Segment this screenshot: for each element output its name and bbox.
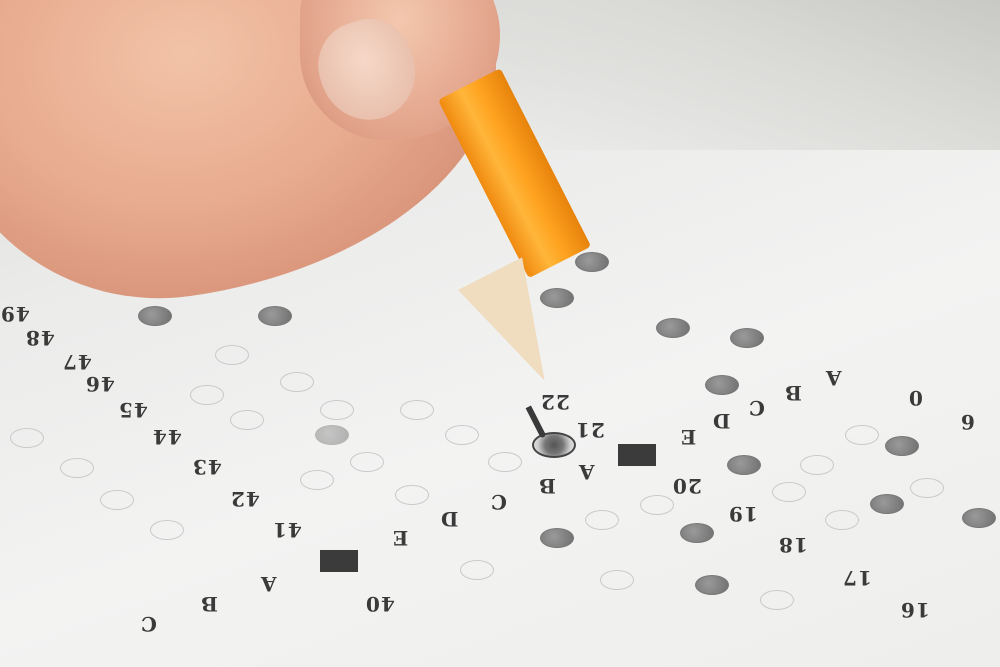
question-number: 42	[230, 487, 260, 511]
answer-bubble-filled[interactable]	[705, 375, 739, 395]
answer-bubble-filled[interactable]	[870, 494, 904, 514]
question-number: 16	[900, 598, 930, 622]
answer-bubble[interactable]	[445, 425, 479, 445]
answer-bubble-filled[interactable]	[258, 306, 292, 326]
answer-bubble[interactable]	[300, 470, 334, 490]
question-number: 18	[778, 533, 808, 557]
answer-bubble[interactable]	[350, 452, 384, 472]
answer-bubble[interactable]	[800, 455, 834, 475]
question-number: 21	[575, 418, 605, 442]
answer-bubble[interactable]	[825, 510, 859, 530]
answer-bubble-filled[interactable]	[680, 523, 714, 543]
choice-letter: C	[748, 396, 765, 420]
answer-bubble-filled[interactable]	[575, 252, 609, 272]
choice-letter: A	[578, 460, 595, 484]
answer-bubble-filled[interactable]	[138, 306, 172, 326]
timing-mark	[320, 550, 358, 572]
answer-bubble[interactable]	[230, 410, 264, 430]
timing-mark	[618, 444, 656, 466]
question-number: 22	[540, 390, 570, 414]
question-number: 49	[0, 302, 30, 326]
answer-bubble[interactable]	[910, 478, 944, 498]
answer-bubble[interactable]	[640, 495, 674, 515]
answer-bubble[interactable]	[190, 385, 224, 405]
answer-bubble[interactable]	[215, 345, 249, 365]
answer-bubble-filled[interactable]	[540, 528, 574, 548]
answer-bubble[interactable]	[600, 570, 634, 590]
choice-letter: C	[490, 490, 507, 514]
answer-bubble-filled[interactable]	[695, 575, 729, 595]
choice-letter: A	[260, 572, 277, 596]
question-number: 0	[908, 386, 923, 410]
choice-letter: D	[712, 409, 730, 433]
answer-bubble-filled[interactable]	[315, 425, 349, 445]
choice-letter: D	[440, 507, 458, 531]
choice-letter: E	[392, 526, 408, 550]
answer-bubble[interactable]	[772, 482, 806, 502]
answer-bubble[interactable]	[395, 485, 429, 505]
answer-bubble[interactable]	[150, 520, 184, 540]
question-number: 41	[272, 518, 302, 542]
answer-bubble[interactable]	[760, 590, 794, 610]
photo-scene: 49 48 47 46 45 44 43 42 41 40 22 21 20 1…	[0, 0, 1000, 667]
answer-bubble[interactable]	[280, 372, 314, 392]
answer-bubble-filled[interactable]	[727, 455, 761, 475]
answer-bubble-filled[interactable]	[656, 318, 690, 338]
answer-bubble-filled[interactable]	[962, 508, 996, 528]
answer-bubble[interactable]	[10, 428, 44, 448]
question-number: 6	[960, 410, 975, 434]
choice-letter: B	[200, 592, 218, 616]
answer-bubble[interactable]	[488, 452, 522, 472]
choice-letter: E	[680, 425, 696, 449]
pencil-marked-bubble[interactable]	[532, 432, 576, 458]
question-number: 44	[152, 425, 182, 449]
question-number: 46	[85, 372, 115, 396]
answer-bubble[interactable]	[100, 490, 134, 510]
answer-bubble[interactable]	[60, 458, 94, 478]
question-number: 19	[728, 502, 758, 526]
answer-bubble[interactable]	[320, 400, 354, 420]
question-number: 47	[62, 350, 92, 374]
choice-letter: B	[538, 474, 556, 498]
choice-letter: A	[825, 366, 842, 390]
answer-bubble[interactable]	[400, 400, 434, 420]
question-number: 48	[25, 326, 55, 350]
answer-bubble[interactable]	[585, 510, 619, 530]
question-number: 43	[192, 455, 222, 479]
answer-bubble-filled[interactable]	[885, 436, 919, 456]
answer-bubble-filled[interactable]	[730, 328, 764, 348]
answer-bubble[interactable]	[845, 425, 879, 445]
choice-letter: B	[784, 381, 802, 405]
question-number: 20	[672, 474, 702, 498]
answer-bubble[interactable]	[460, 560, 494, 580]
choice-letter: C	[140, 612, 157, 636]
question-number: 17	[842, 566, 872, 590]
question-number: 45	[118, 398, 148, 422]
question-number: 40	[365, 592, 395, 616]
